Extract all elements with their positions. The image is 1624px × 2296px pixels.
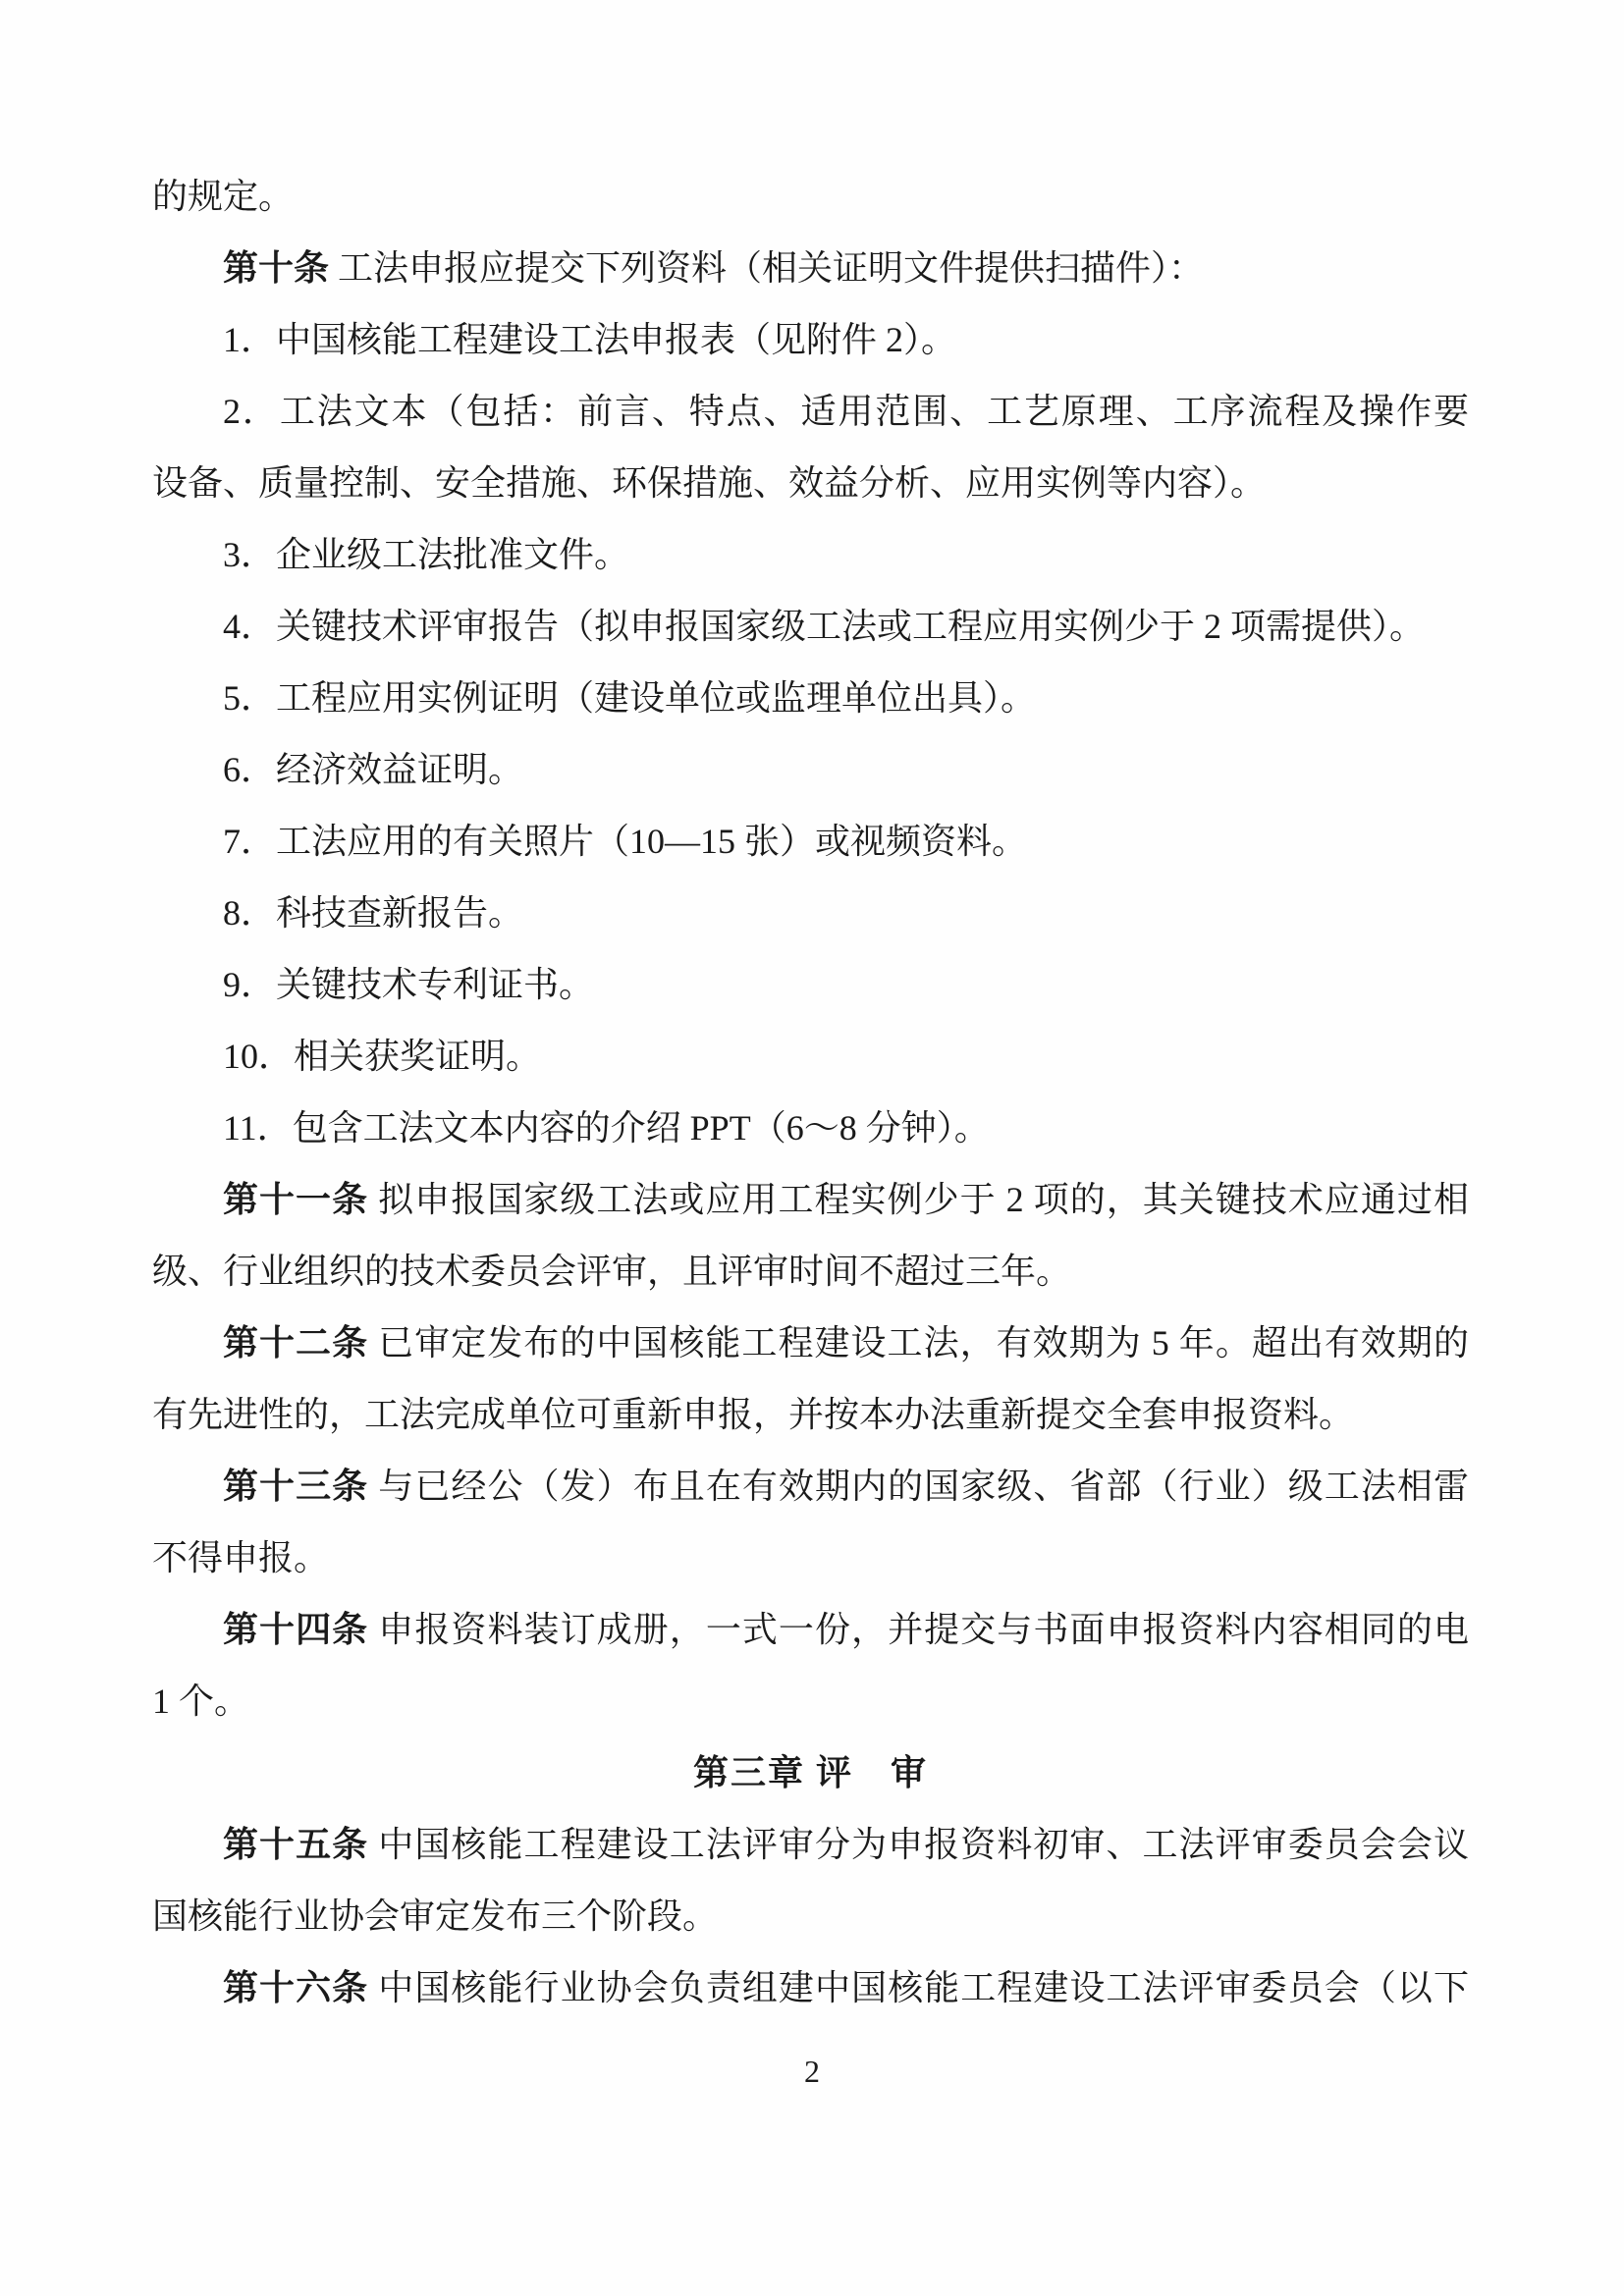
- article-line: 第十五条 中国核能工程建设工法评审分为申报资料初审、工法评审委员会会议评审、中: [152, 1809, 1469, 1881]
- article-number: 第十条: [223, 248, 329, 288]
- article-number: 第十四条: [223, 1610, 368, 1649]
- paragraph-line: 8．科技查新报告。: [152, 878, 1469, 949]
- article-number: 第三章 评 审: [693, 1753, 928, 1792]
- document-page: 的规定。第十条 工法申报应提交下列资料（相关证明文件提供扫描件）：1．中国核能工…: [0, 0, 1624, 2296]
- paragraph-line: 不得申报。: [152, 1522, 1469, 1594]
- article-line: 第十六条 中国核能行业协会负责组建中国核能工程建设工法评审委员会（以下简称评委: [152, 1952, 1469, 2024]
- paragraph-line: 3．企业级工法批准文件。: [152, 519, 1469, 591]
- paragraph-line: 7．工法应用的有关照片（10—15 张）或视频资料。: [152, 806, 1469, 878]
- paragraph-line: 的规定。: [152, 161, 1469, 233]
- article-number: 第十一条: [223, 1180, 368, 1219]
- article-line: 第十一条 拟申报国家级工法或应用工程实例少于 2 项的，其关键技术应通过相应的省…: [152, 1164, 1469, 1236]
- paragraph-line: 1．中国核能工程建设工法申报表（见附件 2）。: [152, 304, 1469, 376]
- article-line: 第十二条 已审定发布的中国核能工程建设工法，有效期为 5 年。超出有效期的工法仍…: [152, 1308, 1469, 1379]
- article-number: 第十五条: [223, 1825, 368, 1864]
- paragraph-line: 5．工程应用实例证明（建设单位或监理单位出具）。: [152, 663, 1469, 734]
- paragraph-line: 有先进性的，工法完成单位可重新申报，并按本办法重新提交全套申报资料。: [152, 1379, 1469, 1451]
- paragraph-line: 2．工法文本（包括：前言、特点、适用范围、工艺原理、工序流程及操作要点、材料与: [152, 376, 1469, 448]
- article-line: 第十条 工法申报应提交下列资料（相关证明文件提供扫描件）：: [152, 233, 1469, 304]
- article-line: 第十四条 申报资料装订成册，一式一份，并提交与书面申报资料内容相同的电子版 U …: [152, 1594, 1469, 1666]
- paragraph-line: 4．关键技术评审报告（拟申报国家级工法或工程应用实例少于 2 项需提供）。: [152, 591, 1469, 663]
- page-number: 2: [0, 2052, 1624, 2091]
- article-line: 第十三条 与已经公（发）布且在有效期内的国家级、省部（行业）级工法相雷同的工法，: [152, 1451, 1469, 1522]
- paragraph-line: 级、行业组织的技术委员会评审，且评审时间不超过三年。: [152, 1236, 1469, 1308]
- document-body: 的规定。第十条 工法申报应提交下列资料（相关证明文件提供扫描件）：1．中国核能工…: [152, 161, 1469, 2024]
- paragraph-line: 6．经济效益证明。: [152, 734, 1469, 806]
- article-number: 第十二条: [223, 1323, 368, 1362]
- paragraph-line: 11．包含工法文本内容的介绍 PPT（6～8 分钟）。: [152, 1093, 1469, 1164]
- paragraph-line: 国核能行业协会审定发布三个阶段。: [152, 1881, 1469, 1952]
- chapter-heading: 第三章 评 审: [152, 1737, 1469, 1809]
- paragraph-line: 10．相关获奖证明。: [152, 1021, 1469, 1093]
- paragraph-line: 设备、质量控制、安全措施、环保措施、效益分析、应用实例等内容）。: [152, 448, 1469, 519]
- article-number: 第十六条: [223, 1968, 368, 2007]
- paragraph-line: 1 个。: [152, 1666, 1469, 1737]
- paragraph-line: 9．关键技术专利证书。: [152, 949, 1469, 1021]
- article-number: 第十三条: [223, 1467, 368, 1506]
